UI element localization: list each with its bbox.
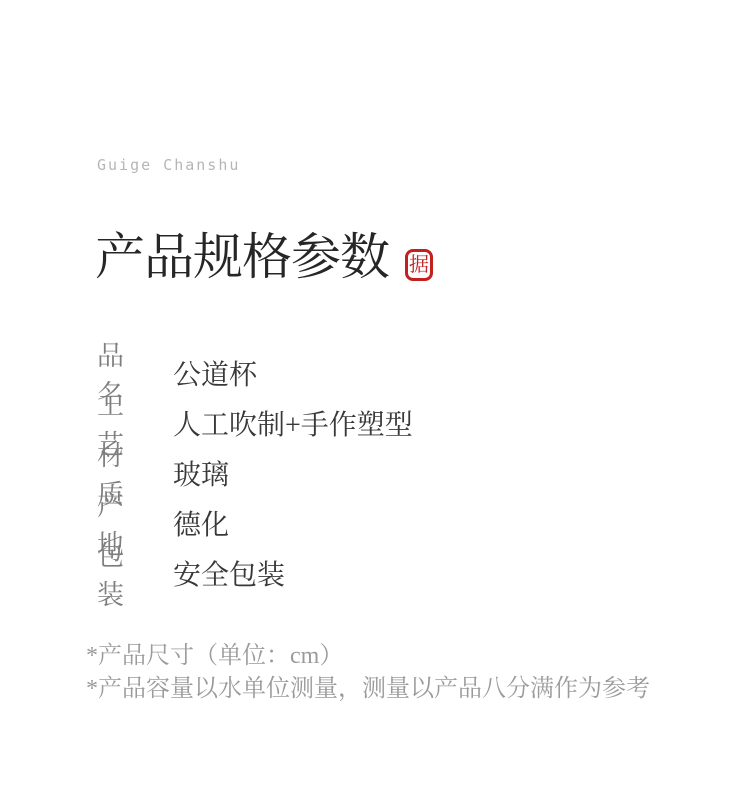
footnote-line: *产品尺寸（单位：cm） <box>86 640 650 673</box>
spec-value: 安全包装 <box>173 553 285 593</box>
brand-text: Guige Chanshu <box>97 155 240 175</box>
footnote-line: *产品容量以水单位测量，测量以产品八分满作为参考 <box>86 673 650 706</box>
seal-stamp-icon: 据 <box>405 249 433 281</box>
spec-value: 玻璃 <box>173 453 229 493</box>
spec-label: 包装 <box>97 534 157 612</box>
spec-row-packaging: 包装 安全包装 <box>97 548 413 598</box>
product-spec-page: Guige Chanshu 产品规格参数 据 品名 公道杯 工艺 人工吹制+手作… <box>0 0 750 798</box>
seal-character: 据 <box>409 255 429 275</box>
footnotes: *产品尺寸（单位：cm） *产品容量以水单位测量，测量以产品八分满作为参考 <box>86 640 650 706</box>
spec-value: 公道杯 <box>173 353 257 393</box>
page-title: 产品规格参数 <box>95 230 389 285</box>
spec-value: 人工吹制+手作塑型 <box>173 403 413 443</box>
spec-value: 德化 <box>173 503 229 543</box>
spec-list: 品名 公道杯 工艺 人工吹制+手作塑型 材质 玻璃 产地 德化 包装 安全包装 <box>97 348 413 598</box>
section-header: 产品规格参数 据 <box>95 230 433 285</box>
